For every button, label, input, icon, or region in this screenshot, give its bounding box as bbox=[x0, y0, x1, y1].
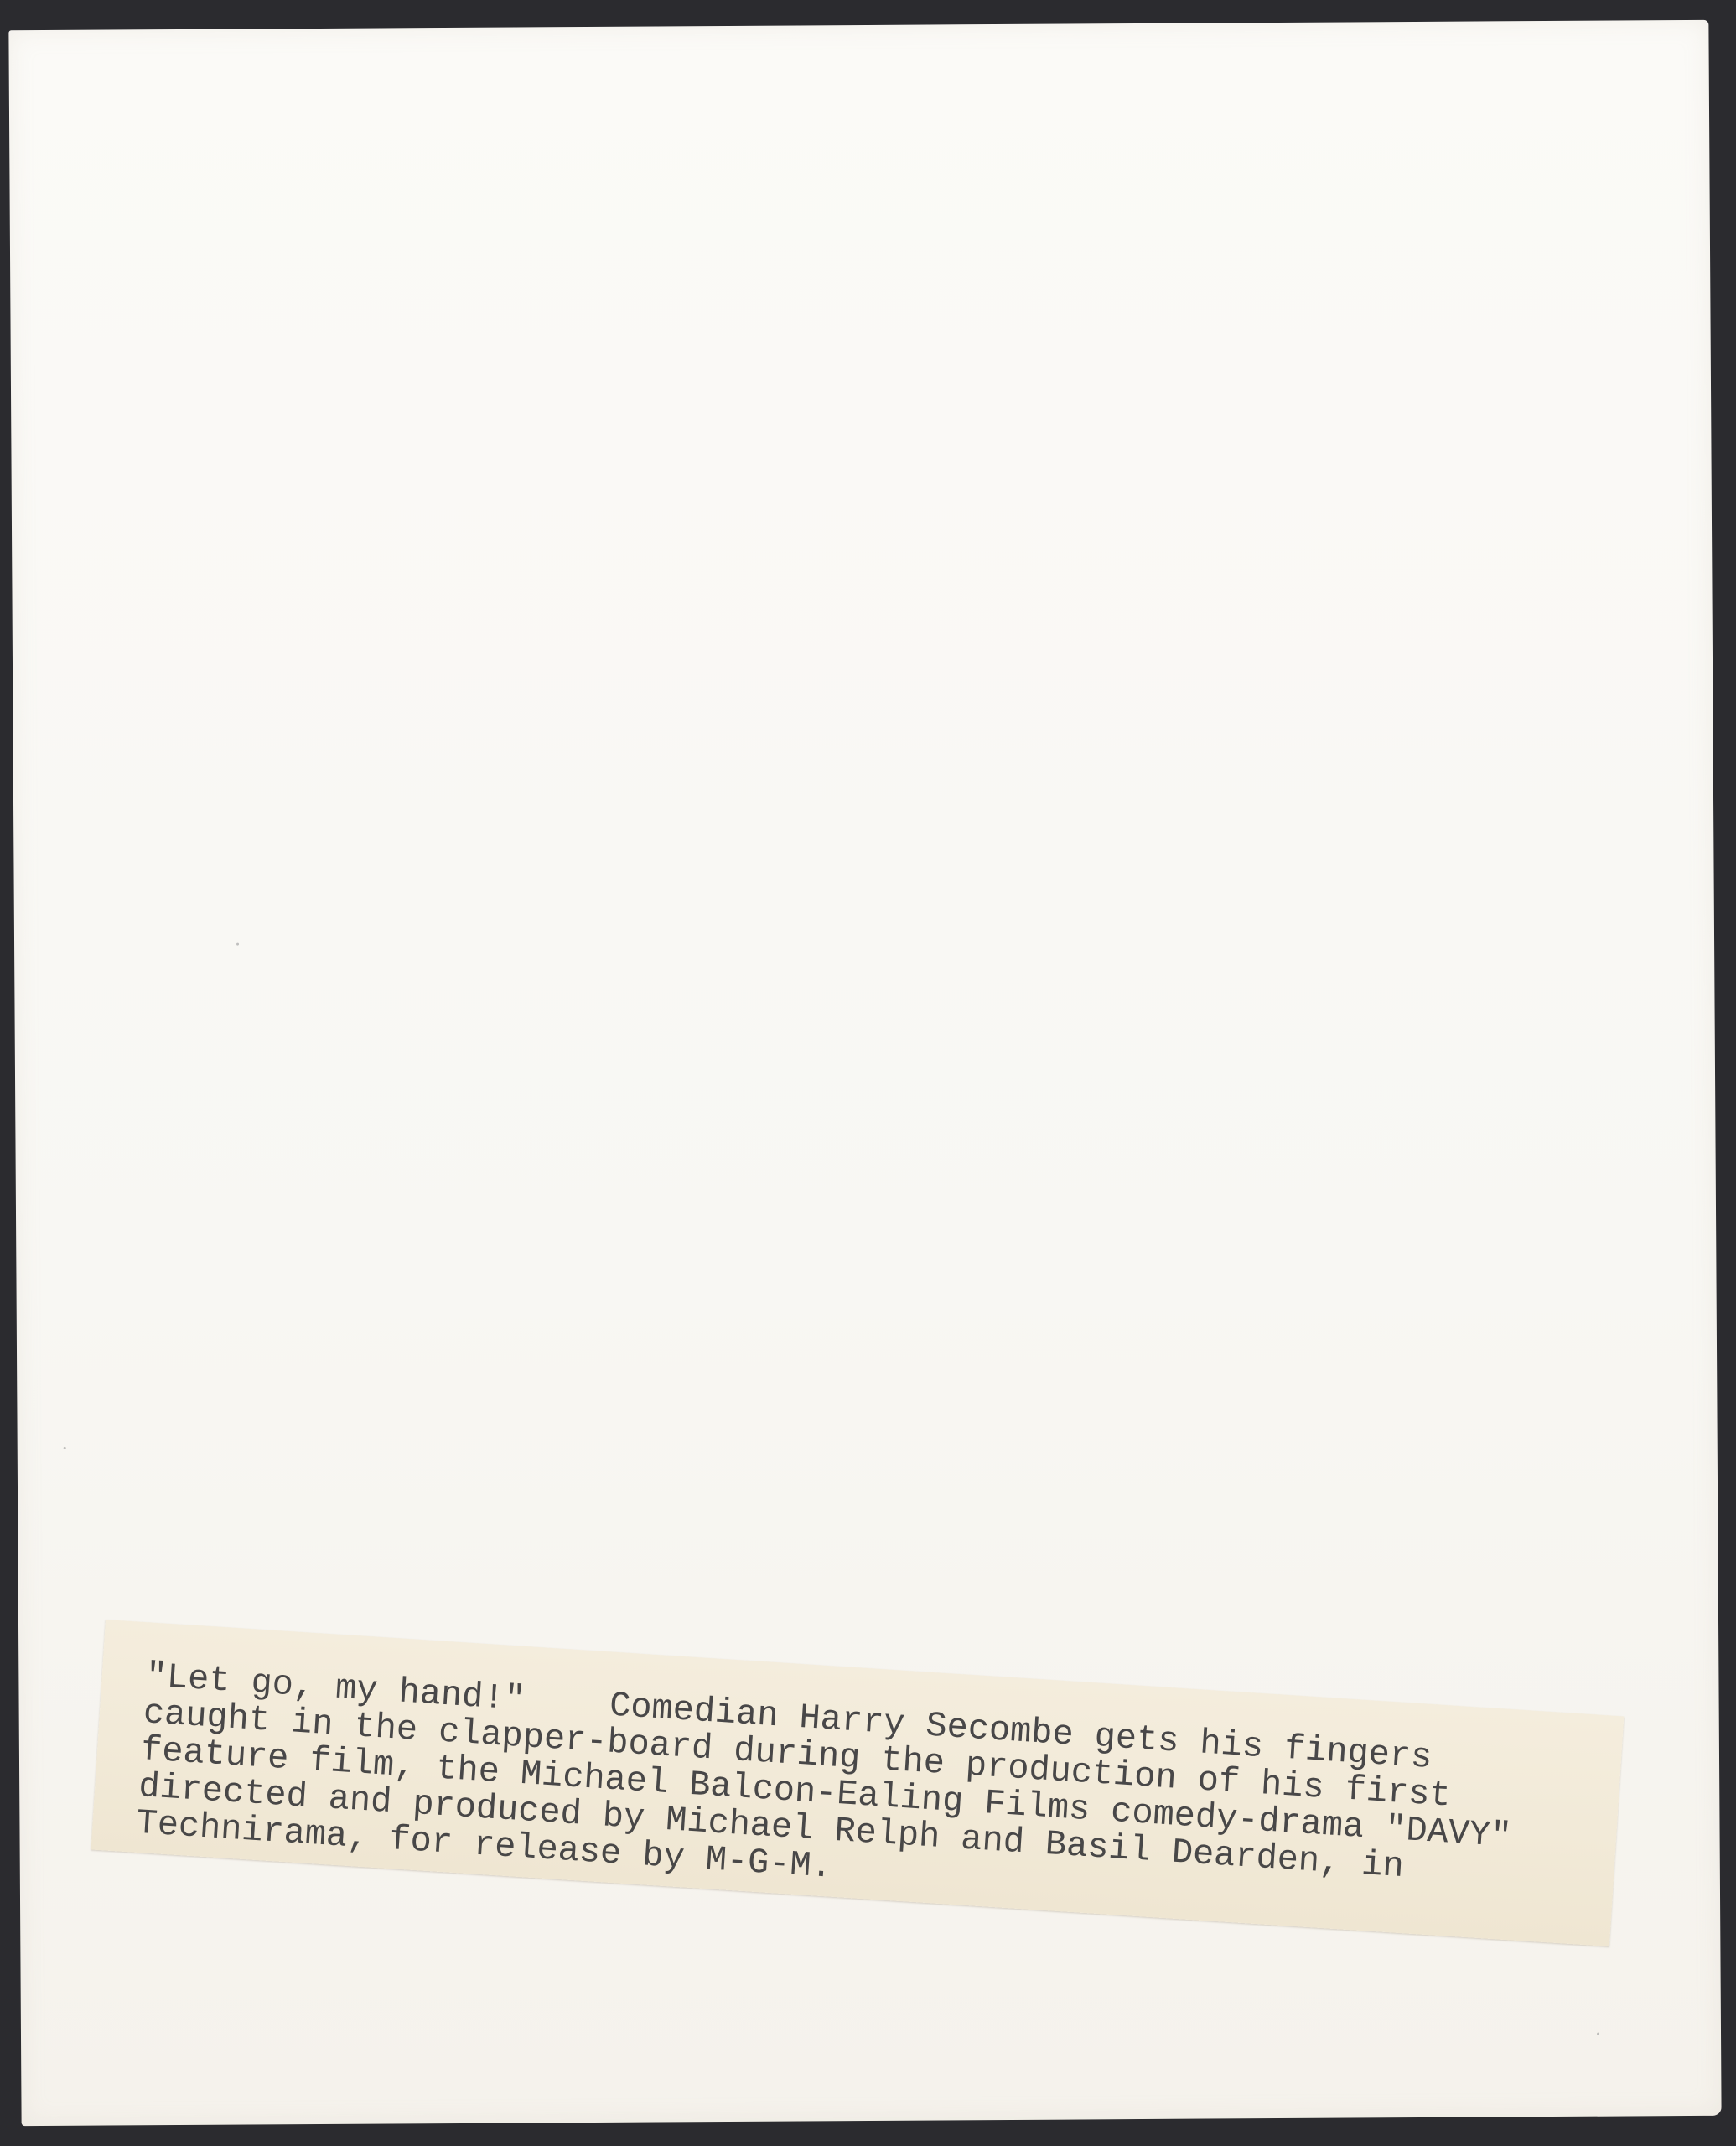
paper-speck bbox=[236, 943, 239, 946]
paper-speck bbox=[1597, 2033, 1599, 2035]
paper-speck bbox=[64, 1447, 66, 1449]
